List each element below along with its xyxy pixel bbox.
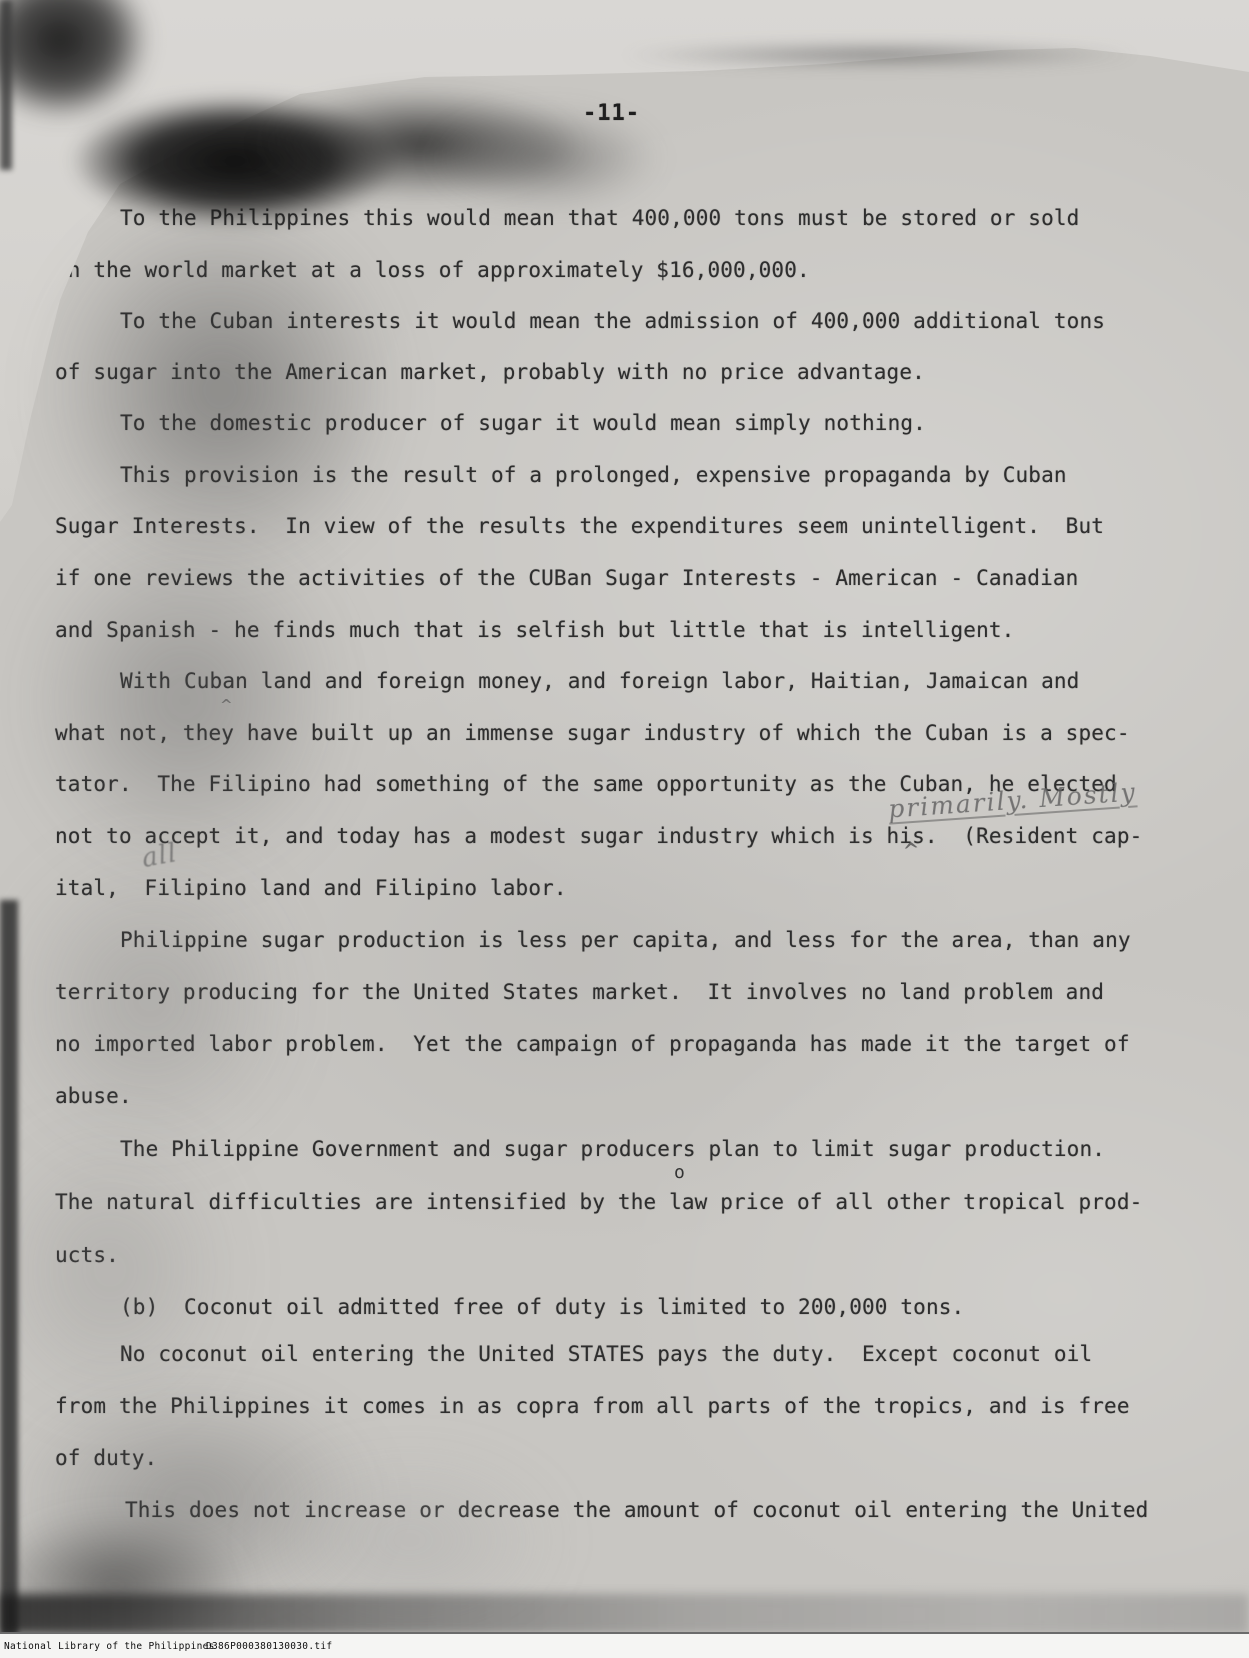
text-line: (b) Coconut oil admitted free of duty is… [120,1294,964,1320]
smudge-stain [0,1120,240,1420]
scan-edge-strip [0,900,18,1640]
insertion-caret: ^ [902,837,921,863]
text-line: of duty. [55,1445,157,1471]
text-line: To the domestic producer of sugar it wou… [120,410,926,436]
handwritten-insert-all: all [140,838,180,874]
text-line: no imported labor problem. Yet the campa… [55,1031,1130,1057]
text-line: not to accept it, and today has a modest… [55,823,1142,849]
text-line: No coconut oil entering the United STATE… [120,1341,1092,1367]
text-line: Philippine sugar production is less per … [120,927,1131,953]
text-line: ucts. [55,1242,119,1268]
text-line: The natural difficulties are intensified… [55,1189,1142,1215]
text-line: The Philippine Government and sugar prod… [120,1136,1105,1162]
burn-stain [255,88,585,200]
text-line: and Spanish - he finds much that is self… [55,617,1014,643]
typed-overstrike-o: o [674,1162,685,1183]
water-stain-light [260,1455,560,1625]
text-line: of sugar into the American market, proba… [55,359,925,385]
digitization-footer: National Library of the Philippines D386… [0,1632,1249,1658]
text-line: abuse. [55,1083,132,1109]
text-line: if one reviews the activities of the CUB… [55,565,1078,591]
footer-filename: D386P000380130030.tif [206,1641,332,1652]
text-line: on the world market at a loss of approxi… [55,257,810,283]
text-line: territory producing for the United State… [55,979,1104,1005]
text-line: ital, Filipino land and Filipino labor. [55,875,567,901]
text-line: from the Philippines it comes in as copr… [55,1393,1130,1419]
scanned-document-page: -11- To the Philippines this would mean … [0,0,1249,1658]
text-line: To the Cuban interests it would mean the… [120,308,1105,334]
text-line: what not, they have built up an immense … [55,720,1130,746]
text-line: With Cuban land and foreign money, and f… [120,668,1079,694]
text-line: This does not increase or decrease the a… [125,1497,1148,1523]
text-line: Sugar Interests. In view of the results … [55,513,1104,539]
text-line: To the Philippines this would mean that … [120,205,1079,231]
insertion-caret-small: ^ [220,696,233,714]
page-number: -11- [583,101,640,126]
text-line: This provision is the result of a prolon… [120,462,1067,488]
footer-library-label: National Library of the Philippines [4,1641,215,1652]
bottom-shadow-band [0,1594,1249,1634]
